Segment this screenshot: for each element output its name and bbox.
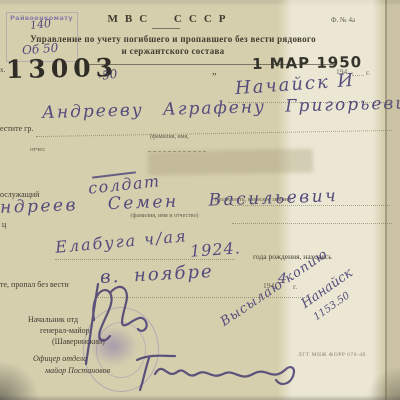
missing-label: те, пропал без вести: [0, 280, 69, 289]
ministry-title: МВС СССР: [70, 13, 270, 25]
fragment-otchestvo: отчес: [30, 146, 45, 153]
quote-mark: „: [212, 66, 216, 77]
form-number: Ф. № 4а: [331, 16, 355, 24]
fold-strip: [387, 0, 400, 400]
fragment-ts: ц: [2, 220, 6, 229]
document-scan: Райвоенкомату 140 МВС СССР Ф. № 4а Управ…: [0, 0, 400, 400]
notify-label: естите гр.: [0, 124, 33, 133]
handwritten-birthyear: 1924.: [189, 238, 241, 260]
rule-right2: [232, 223, 392, 224]
handwritten-reg-suffix: -50: [97, 67, 118, 84]
caption-family-name2: (фамилия, имя и отчество): [92, 213, 237, 219]
redaction-smudge: [148, 149, 313, 176]
rule-right1: [232, 205, 390, 206]
handwritten-addressee: Андрееву Аграфену Григорьевич: [42, 93, 400, 123]
officer-signature: [133, 346, 303, 396]
handwritten-number-140: 140: [29, 17, 51, 32]
handwritten-birthplace: Елабуга ч/ая: [54, 226, 188, 256]
year-g: г.: [366, 68, 370, 77]
fragment-x: х.: [0, 66, 5, 74]
caption-family-name1: (фамилия, имя,: [150, 134, 189, 140]
addressee-rule: [36, 130, 392, 137]
rule-birthplace: [55, 259, 235, 260]
ministry-underline: [152, 28, 180, 29]
print-code: ЛГТ МНЖ ФОРР 070-4б: [298, 352, 366, 358]
